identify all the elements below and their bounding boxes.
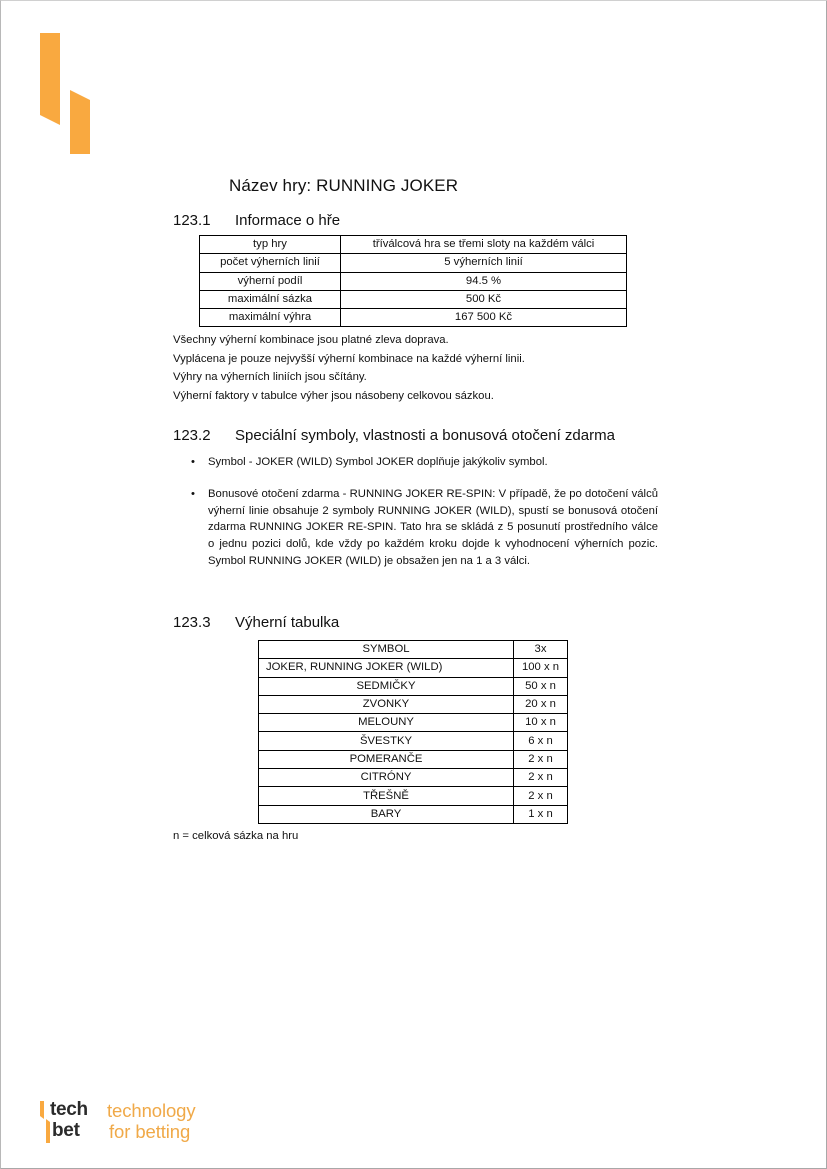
symbol-payout: 2 x n: [514, 750, 568, 768]
section-number: 123.2: [173, 427, 235, 444]
header-symbol: SYMBOL: [259, 641, 514, 659]
section-heading-paytable: 123.3Výherní tabulka: [173, 614, 339, 631]
symbol-name: CITRÓNY: [259, 769, 514, 787]
logo-tagline-1: technology: [107, 1100, 195, 1122]
paytable-row: ŠVESTKY6 x n: [259, 732, 568, 750]
note-line: Všechny výherní kombinace jsou platné zl…: [173, 331, 525, 350]
symbol-name: SEDMIČKY: [259, 677, 514, 695]
symbol-name: ZVONKY: [259, 695, 514, 713]
logo-word-tech: tech: [50, 1099, 88, 1121]
info-row: typ hrytříválcová hra se třemi sloty na …: [200, 236, 627, 254]
bullet-respin: Bonusové otočení zdarma - RUNNING JOKER …: [190, 486, 658, 570]
section-title: Výherní tabulka: [235, 614, 339, 631]
bullet-joker-wild: Symbol - JOKER (WILD) Symbol JOKER doplň…: [190, 454, 658, 471]
section-number: 123.1: [173, 212, 235, 229]
paytable-row: TŘEŠNĚ2 x n: [259, 787, 568, 805]
logo-word-bet: bet: [52, 1120, 80, 1142]
info-value: 167 500 Kč: [341, 309, 627, 327]
info-value: 5 výherních linií: [341, 254, 627, 272]
paytable-row: BARY1 x n: [259, 805, 568, 823]
symbol-payout: 6 x n: [514, 732, 568, 750]
symbol-name: BARY: [259, 805, 514, 823]
brand-mark-icon: [40, 33, 92, 155]
symbol-name: MELOUNY: [259, 714, 514, 732]
paytable: SYMBOL 3x JOKER, RUNNING JOKER (WILD)100…: [258, 640, 568, 824]
note-line: Výherní faktory v tabulce výher jsou nás…: [173, 387, 525, 406]
symbol-payout: 10 x n: [514, 714, 568, 732]
info-label: typ hry: [200, 236, 341, 254]
info-row: výherní podíl94.5 %: [200, 272, 627, 290]
footer-logo: tech bet technology for betting: [40, 1099, 240, 1145]
paytable-row: ZVONKY20 x n: [259, 695, 568, 713]
symbol-name: POMERANČE: [259, 750, 514, 768]
symbol-name: ŠVESTKY: [259, 732, 514, 750]
game-info-table: typ hrytříválcová hra se třemi sloty na …: [199, 235, 627, 327]
info-value: 500 Kč: [341, 290, 627, 308]
section-title: Speciální symboly, vlastnosti a bonusová…: [235, 427, 615, 444]
note-line: Výhry na výherních liniích jsou sčítány.: [173, 368, 525, 387]
paytable-row: MELOUNY10 x n: [259, 714, 568, 732]
header-3x: 3x: [514, 641, 568, 659]
symbol-payout: 100 x n: [514, 659, 568, 677]
info-label: počet výherních linií: [200, 254, 341, 272]
info-row: maximální výhra167 500 Kč: [200, 309, 627, 327]
info-label: výherní podíl: [200, 272, 341, 290]
symbol-payout: 2 x n: [514, 787, 568, 805]
info-row: maximální sázka500 Kč: [200, 290, 627, 308]
logo-tagline-2: for betting: [109, 1121, 190, 1143]
symbol-payout: 2 x n: [514, 769, 568, 787]
section-title: Informace o hře: [235, 212, 340, 229]
document-title: Název hry: RUNNING JOKER: [229, 176, 458, 196]
paytable-row: JOKER, RUNNING JOKER (WILD)100 x n: [259, 659, 568, 677]
info-label: maximální sázka: [200, 290, 341, 308]
info-label: maximální výhra: [200, 309, 341, 327]
note-line: Vyplácena je pouze nejvyšší výherní komb…: [173, 350, 525, 369]
info-value: tříválcová hra se třemi sloty na každém …: [341, 236, 627, 254]
section-heading-special-symbols: 123.2Speciální symboly, vlastnosti a bon…: [173, 427, 615, 444]
symbol-name: TŘEŠNĚ: [259, 787, 514, 805]
symbol-payout: 20 x n: [514, 695, 568, 713]
paytable-row: POMERANČE2 x n: [259, 750, 568, 768]
info-row: počet výherních linií5 výherních linií: [200, 254, 627, 272]
symbol-payout: 50 x n: [514, 677, 568, 695]
paytable-footnote: n = celková sázka na hru: [173, 830, 298, 842]
paytable-row: SEDMIČKY50 x n: [259, 677, 568, 695]
symbol-name: JOKER, RUNNING JOKER (WILD): [259, 659, 514, 677]
section-number: 123.3: [173, 614, 235, 631]
special-symbols-list: Symbol - JOKER (WILD) Symbol JOKER doplň…: [190, 454, 658, 570]
symbol-payout: 1 x n: [514, 805, 568, 823]
rules-notes: Všechny výherní kombinace jsou platné zl…: [173, 331, 525, 406]
section-heading-info: 123.1Informace o hře: [173, 212, 340, 229]
info-value: 94.5 %: [341, 272, 627, 290]
paytable-header-row: SYMBOL 3x: [259, 641, 568, 659]
paytable-row: CITRÓNY2 x n: [259, 769, 568, 787]
